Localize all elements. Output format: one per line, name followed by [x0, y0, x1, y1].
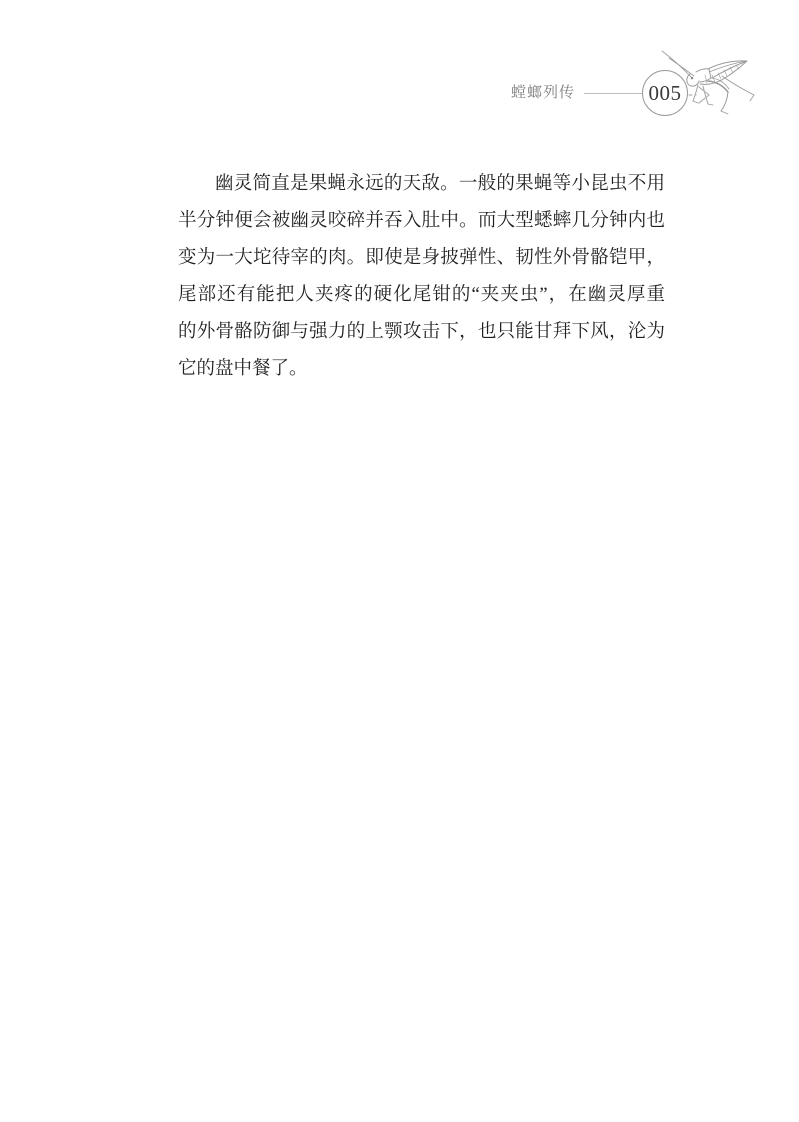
paragraph-line: 尾部还有能把人夹疼的硬化尾钳的“夹夹虫”，在幽灵厚重	[178, 277, 665, 314]
paragraph-line: 半分钟便会被幽灵咬碎并吞入肚中。而大型蟋蟀几分钟内也	[178, 203, 665, 240]
paragraph-line: 幽灵简直是果蝇永远的天敌。一般的果蝇等小昆虫不用	[178, 166, 665, 203]
header-rule	[584, 93, 642, 94]
paragraph-line: 变为一大坨待宰的肉。即使是身披弹性、韧性外骨骼铠甲，	[178, 240, 665, 277]
chapter-title: 螳螂列传	[511, 84, 575, 102]
paragraph-line: 的外骨骼防御与强力的上颚攻击下，也只能甘拜下风，沦为	[178, 314, 665, 351]
dashed-arrow-right-icon	[688, 84, 716, 106]
body-paragraph: 幽灵简直是果蝇永远的天敌。一般的果蝇等小昆虫不用 半分钟便会被幽灵咬碎并吞入肚中…	[178, 166, 665, 388]
page-number: 005	[649, 81, 682, 106]
paragraph-line: 它的盘中餐了。	[178, 351, 665, 388]
book-page: 螳螂列传 005	[0, 0, 799, 1122]
page-number-badge: 005	[642, 70, 688, 116]
